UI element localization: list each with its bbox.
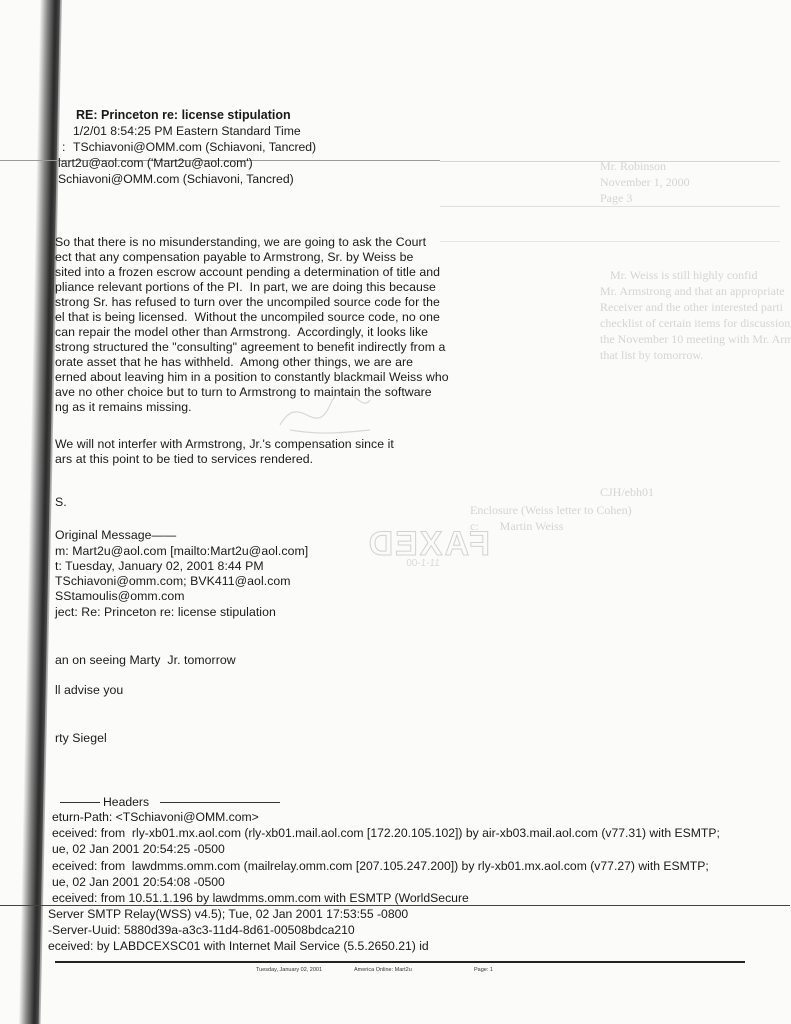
- header-line: eceived: from rly-xb01.mx.aol.com (rly-x…: [52, 826, 720, 840]
- header-line: eceived: by LABDCEXSC01 with Internet Ma…: [48, 939, 429, 953]
- header-line: -Server-Uuid: 5880d39a-a3c3-11d4-8d61-00…: [48, 923, 355, 937]
- header-line: eturn-Path: <TSchiavoni@OMM.com>: [52, 810, 259, 824]
- headers-rule-right: [160, 802, 280, 803]
- ghost-closing-line: CJH/ebh01: [600, 485, 654, 500]
- ghost-rule: [440, 206, 780, 207]
- header-line: eceived: from lawdmms.omm.com (mailrelay…: [52, 859, 709, 873]
- header-line: ue, 02 Jan 2001 20:54:25 -0500: [52, 842, 225, 856]
- body-line: ng as it remains missing.: [55, 400, 192, 414]
- ghost-body-line: that list by tomorrow.: [600, 348, 703, 363]
- footer-rule: [55, 961, 745, 963]
- ghost-body-line: Receiver and the other interested parti: [600, 300, 783, 315]
- header-line: eceived: from 10.51.1.196 by lawdmms.omm…: [52, 891, 469, 905]
- body-line: erned about leaving him in a position to…: [55, 370, 449, 384]
- body-line: pliance relevant portions of the PI. In …: [55, 280, 436, 294]
- email-cc: Schiavoni@OMM.com (Schiavoni, Tancred): [58, 172, 294, 186]
- original-from: m: Mart2u@aol.com [mailto:Mart2u@aol.com…: [55, 544, 308, 558]
- body-line: ave no other choice but to turn to Armst…: [55, 385, 432, 399]
- ghost-closing-line: Enclosure (Weiss letter to Cohen): [470, 503, 632, 518]
- original-signature: rty Siegel: [55, 731, 107, 745]
- headers-rule-left: [60, 802, 100, 803]
- original-subject: ject: Re: Princeton re: license stipulat…: [55, 605, 276, 619]
- body-line: strong structured the "consulting" agree…: [55, 340, 445, 354]
- ghost-rule: [440, 241, 780, 242]
- body-line: We will not interfer with Armstrong, Jr.…: [55, 437, 394, 451]
- body-line: So that there is no misunderstanding, we…: [55, 235, 426, 249]
- original-body-line: ll advise you: [55, 683, 123, 697]
- email-to: lart2u@aol.com ('Mart2u@aol.com'): [58, 156, 253, 170]
- email-subject: RE: Princeton re: license stipulation: [76, 108, 291, 122]
- ghost-body-line: checklist of certain items for discussio…: [600, 316, 790, 331]
- email-from: TSchiavoni@OMM.com (Schiavoni, Tancred): [73, 140, 316, 154]
- ghost-letter-date: November 1, 2000: [600, 175, 690, 190]
- body-line: can repair the model other than Armstron…: [55, 325, 428, 339]
- original-cc: SStamoulis@omm.com: [55, 589, 185, 603]
- ghost-letter-page: Page 3: [600, 191, 632, 206]
- ghost-body-line: the November 10 meeting with Mr. Arm: [600, 332, 791, 347]
- faxed-stamp: FAXED 11-1-00: [350, 525, 490, 577]
- header-line: ue, 02 Jan 2001 20:54:08 -0500: [52, 875, 225, 889]
- original-to: TSchiavoni@omm.com; BVK411@aol.com: [55, 574, 291, 588]
- ghost-body-line: Mr. Weiss is still highly confid: [610, 268, 758, 283]
- ghost-rule: [440, 161, 780, 162]
- footer-page: Page: 1: [474, 967, 493, 973]
- email-from-prefix: :: [62, 140, 65, 154]
- email-signoff: S.: [55, 495, 67, 509]
- original-separator: Original Message——: [55, 528, 176, 542]
- headers-title: Headers: [103, 795, 149, 809]
- body-line: sited into a frozen escrow account pendi…: [55, 265, 440, 279]
- body-line: ars at this point to be tied to services…: [55, 452, 313, 466]
- body-line: ect that any compensation payable to Arm…: [55, 250, 413, 264]
- body-line: el that is being licensed. Without the u…: [55, 310, 440, 324]
- header-line: Server SMTP Relay(WSS) v4.5); Tue, 02 Ja…: [48, 907, 408, 921]
- fax-rule-lower: [0, 905, 790, 906]
- scanned-page: Mr. Robinson November 1, 2000 Page 3 Mr.…: [0, 0, 791, 1024]
- footer-date: Tuesday, January 02, 2001: [256, 967, 322, 973]
- body-line: orate asset that he has withheld. Among …: [55, 355, 413, 369]
- original-body-line: an on seeing Marty Jr. tomorrow: [55, 653, 236, 667]
- body-line: strong Sr. has refused to turn over the …: [55, 295, 440, 309]
- original-sent: t: Tuesday, January 02, 2001 8:44 PM: [55, 559, 264, 573]
- ghost-body-line: Mr. Armstrong and that an appropriate: [600, 284, 785, 299]
- email-date: 1/2/01 8:54:25 PM Eastern Standard Time: [73, 124, 301, 138]
- footer-service: America Online: Mart2u: [354, 967, 412, 973]
